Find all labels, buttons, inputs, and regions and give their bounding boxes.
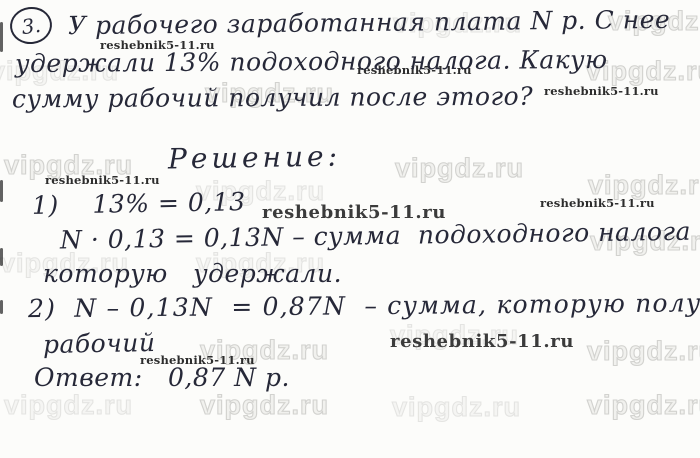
problem-text-line-1: У рабочего заработанная плата N р. С нее — [68, 6, 671, 40]
watermark-reshebnik: reshebnik5-11.ru — [540, 196, 655, 210]
watermark-reshebnik: reshebnik5-11.ru — [45, 173, 160, 187]
problem-text-line-2: удержали 13% подоходного налога. Какую — [15, 46, 608, 78]
solution-answer: Ответ: 0,87 N р. — [34, 364, 290, 392]
scan-edge-artifact — [0, 22, 3, 52]
watermark-vipgdz: vipgdz.ru — [395, 153, 524, 184]
watermark-vipgdz: vipgdz.ru — [587, 390, 700, 421]
solution-step3-line-2: рабочий — [43, 329, 156, 358]
solution-step3-line-1: 2) N – 0,13N = 0,87N – сумма, которую по… — [28, 289, 700, 323]
watermark-vipgdz: vipgdz.ru — [4, 390, 133, 421]
watermark-vipgdz: vipgdz.ru — [392, 392, 521, 423]
scan-edge-artifact — [0, 180, 3, 202]
problem-number: 3. — [8, 5, 54, 47]
scanned-solution-page: vipgdz.ru vipgdz.ru vipgdz.ru vipgdz.ru … — [0, 0, 700, 458]
watermark-reshebnik: reshebnik5-11.ru — [544, 84, 659, 98]
scan-edge-artifact — [0, 300, 3, 314]
solution-step2-line-2: которую удержали. — [43, 260, 342, 288]
watermark-vipgdz: vipgdz.ru — [200, 390, 329, 421]
watermark-vipgdz: vipgdz.ru — [587, 336, 700, 367]
watermark-reshebnik: reshebnik5-11.ru — [390, 331, 574, 352]
solution-heading: Решение: — [168, 141, 341, 175]
problem-number-label: 3. — [20, 12, 42, 38]
scan-edge-artifact — [0, 248, 3, 266]
problem-text-line-3: сумму рабочий получил после этого? — [12, 83, 533, 113]
solution-step1: 1) 13% = 0,13 — [32, 188, 246, 219]
